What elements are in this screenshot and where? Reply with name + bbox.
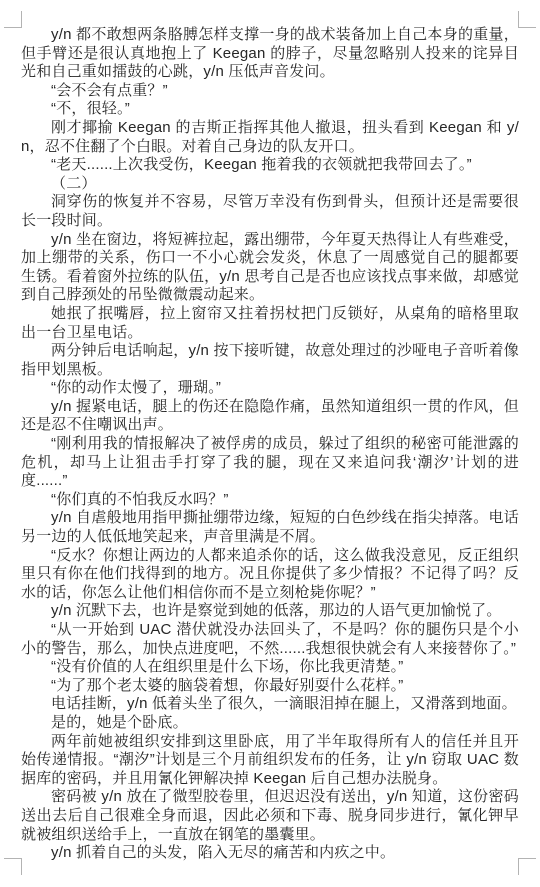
- story-text-block: y/n 都不敢想两条胳膊怎样支撑一身的战术装备加上自己本身的重量，但手臂还是很认…: [21, 26, 519, 863]
- text-boundary-mark-top-right: [518, 11, 536, 28]
- paragraph-13: “刚利用我的情报解决了被俘虏的成员，躲过了组织的秘密可能泄露的危机，却马上让狙击…: [21, 435, 519, 491]
- paragraph-22: 是的，她是个卧底。: [21, 714, 519, 733]
- paragraph-9: 她抿了抿嘴唇，拉上窗帘又拄着拐杖把门反锁好，从桌角的暗格里取出一台卫星电话。: [21, 305, 519, 342]
- text-boundary-mark-top-left: [4, 11, 22, 28]
- text-boundary-mark-bottom-right: [518, 858, 536, 875]
- paragraph-19: “没有价值的人在组织里是什么下场，你比我更清楚。”: [21, 658, 519, 677]
- paragraph-1: y/n 都不敢想两条胳膊怎样支撑一身的战术装备加上自己本身的重量，但手臂还是很认…: [21, 26, 519, 82]
- paragraph-18: “从一开始到 UAC 潜伏就没办法回头了，不是吗？你的腿伤只是个小小的警告，那么…: [21, 621, 519, 658]
- paragraph-14: “你们真的不怕我反水吗？”: [21, 491, 519, 510]
- text-boundary-mark-bottom-left: [4, 858, 22, 875]
- paragraph-21: 电话挂断，y/n 低着头坐了很久，一滴眼泪掉在腿上，又滑落到地面。: [21, 695, 519, 714]
- paragraph-10: 两分钟后电话响起，y/n 按下接听键，故意处理过的沙哑电子音听着像指甲划黑板。: [21, 342, 519, 379]
- section-heading: （二）: [21, 175, 519, 194]
- paragraph-2: “会不会有点重？”: [21, 82, 519, 101]
- paragraph-17: y/n 沉默下去，也许是察觉到她的低落，那边的人语气更加愉悦了。: [21, 602, 519, 621]
- paragraph-7: 洞穿伤的恢复并不容易，尽管万幸没有伤到骨头，但预计还是需要很长一段时间。: [21, 193, 519, 230]
- paragraph-12: y/n 握紧电话，腿上的伤还在隐隐作痛，虽然知道组织一贯的作风，但还是忍不住嘲讽…: [21, 398, 519, 435]
- paragraph-20: “为了那个老太婆的脑袋着想，你最好别耍什么花样。”: [21, 677, 519, 696]
- paragraph-23: 两年前她被组织安排到这里卧底，用了半年取得所有人的信任并且开始传递情报。“潮汐”…: [21, 733, 519, 789]
- paragraph-15: y/n 自虐般地用指甲撕扯绷带边缘，短短的白色纱线在指尖掉落。电话另一边的人低低…: [21, 509, 519, 546]
- paragraph-8: y/n 坐在窗边，将短裤拉起，露出绷带，今年夏天热得让人有些难受，加上绷带的关系…: [21, 231, 519, 305]
- paragraph-24: 密码被 y/n 放在了微型胶卷里，但迟迟没有送出，y/n 知道，这份密码送出去后…: [21, 788, 519, 844]
- paragraph-25: y/n 抓着自己的头发，陷入无尽的痛苦和内疚之中。: [21, 844, 519, 863]
- document-page: y/n 都不敢想两条胳膊怎样支撑一身的战术装备加上自己本身的重量，但手臂还是很认…: [0, 0, 540, 887]
- paragraph-3: “不，很轻。”: [21, 100, 519, 119]
- paragraph-5: “老天......上次我受伤，Keegan 拖着我的衣领就把我带回去了。”: [21, 156, 519, 175]
- paragraph-16: “反水？你想让两边的人都来追杀你的话，这么做我没意见，反正组织里只有你在他们找得…: [21, 547, 519, 603]
- paragraph-4: 刚才揶揄 Keegan 的吉斯正指挥其他人撤退，扭头看到 Keegan 和 y/…: [21, 119, 519, 156]
- paragraph-11: “你的动作太慢了，珊瑚。”: [21, 379, 519, 398]
